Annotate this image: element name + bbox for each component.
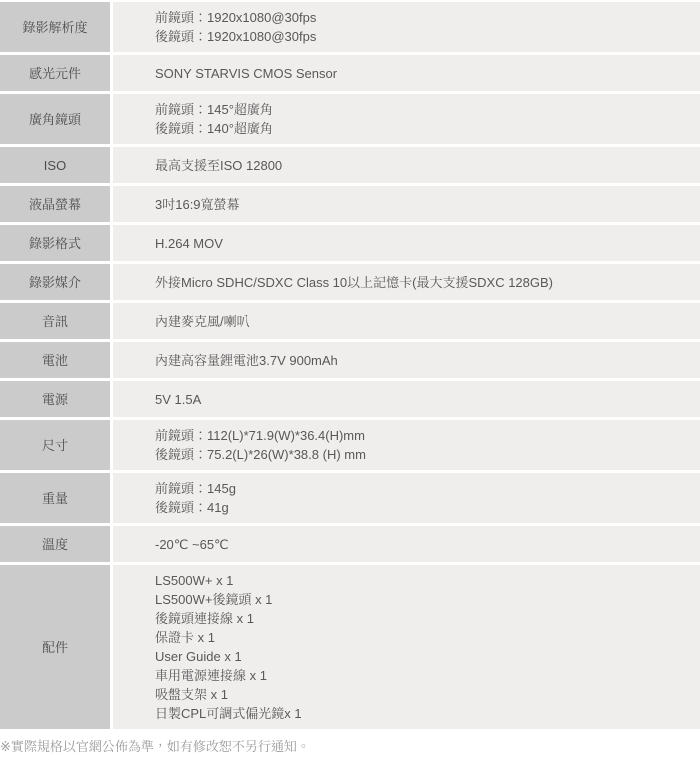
spec-row: 溫度 -20℃ ~65℃ [0, 526, 700, 562]
spec-value-cell: 最高支援至ISO 12800 [113, 147, 700, 183]
spec-value-line: 後鏡頭：1920x1080@30fps [155, 27, 688, 46]
spec-value-line: 5V 1.5A [155, 390, 688, 409]
spec-value-line: 車用電源連接線 x 1 [155, 666, 688, 685]
spec-label: 溫度 [0, 526, 110, 562]
spec-label: 重量 [0, 473, 110, 523]
spec-table: 錄影解析度 前鏡頭：1920x1080@30fps後鏡頭：1920x1080@3… [0, 2, 700, 729]
spec-value-cell: H.264 MOV [113, 225, 700, 261]
spec-label: 錄影解析度 [0, 2, 110, 52]
spec-value-cell: 前鏡頭：1920x1080@30fps後鏡頭：1920x1080@30fps [113, 2, 700, 52]
spec-page: 錄影解析度 前鏡頭：1920x1080@30fps後鏡頭：1920x1080@3… [0, 0, 700, 762]
spec-value-cell: 前鏡頭：112(L)*71.9(W)*36.4(H)mm後鏡頭：75.2(L)*… [113, 420, 700, 470]
spec-row: ISO 最高支援至ISO 12800 [0, 147, 700, 183]
spec-row: 液晶螢幕 3吋16:9寬螢幕 [0, 186, 700, 222]
spec-value-line: 後鏡頭連接線 x 1 [155, 609, 688, 628]
spec-value-cell: 前鏡頭：145°超廣角後鏡頭：140°超廣角 [113, 94, 700, 144]
spec-value-line: 日製CPL可調式偏光鏡x 1 [155, 704, 688, 723]
spec-value-line: 吸盤支架 x 1 [155, 685, 688, 704]
spec-value-cell: SONY STARVIS CMOS Sensor [113, 55, 700, 91]
spec-row: 電源 5V 1.5A [0, 381, 700, 417]
spec-label: 電池 [0, 342, 110, 378]
spec-value-line: 後鏡頭：140°超廣角 [155, 119, 688, 138]
spec-value-line: 後鏡頭：75.2(L)*26(W)*38.8 (H) mm [155, 445, 688, 464]
spec-label: 配件 [0, 565, 110, 729]
spec-row: 錄影媒介 外接Micro SDHC/SDXC Class 10以上記憶卡(最大支… [0, 264, 700, 300]
spec-value-line: 前鏡頭：112(L)*71.9(W)*36.4(H)mm [155, 426, 688, 445]
spec-label: 廣角鏡頭 [0, 94, 110, 144]
footer-note: ※實際規格以官網公佈為準，如有修改恕不另行通知。 [0, 732, 700, 762]
spec-value-cell: 外接Micro SDHC/SDXC Class 10以上記憶卡(最大支援SDXC… [113, 264, 700, 300]
spec-value-line: 前鏡頭：145°超廣角 [155, 100, 688, 119]
spec-row: 錄影格式 H.264 MOV [0, 225, 700, 261]
spec-value-line: H.264 MOV [155, 234, 688, 253]
spec-value-line: 3吋16:9寬螢幕 [155, 195, 688, 214]
spec-label: 尺寸 [0, 420, 110, 470]
spec-row: 重量 前鏡頭：145g後鏡頭：41g [0, 473, 700, 523]
spec-value-line: 後鏡頭：41g [155, 498, 688, 517]
spec-row: 配件 LS500W+ x 1LS500W+後鏡頭 x 1後鏡頭連接線 x 1保證… [0, 565, 700, 729]
spec-value-line: LS500W+ x 1 [155, 571, 688, 590]
spec-value-line: 保證卡 x 1 [155, 628, 688, 647]
spec-label: ISO [0, 147, 110, 183]
spec-label: 錄影格式 [0, 225, 110, 261]
spec-value-cell: LS500W+ x 1LS500W+後鏡頭 x 1後鏡頭連接線 x 1保證卡 x… [113, 565, 700, 729]
spec-label: 電源 [0, 381, 110, 417]
spec-value-line: LS500W+後鏡頭 x 1 [155, 590, 688, 609]
spec-label: 液晶螢幕 [0, 186, 110, 222]
spec-value-line: 前鏡頭：145g [155, 479, 688, 498]
spec-value-line: 外接Micro SDHC/SDXC Class 10以上記憶卡(最大支援SDXC… [155, 273, 688, 292]
spec-value-cell: 前鏡頭：145g後鏡頭：41g [113, 473, 700, 523]
spec-value-line: 最高支援至ISO 12800 [155, 156, 688, 175]
spec-value-line: 內建高容量鋰電池3.7V 900mAh [155, 351, 688, 370]
spec-value-line: 內建麥克風/喇叭 [155, 312, 688, 331]
spec-value-cell: -20℃ ~65℃ [113, 526, 700, 562]
spec-value-line: SONY STARVIS CMOS Sensor [155, 64, 688, 83]
spec-label: 錄影媒介 [0, 264, 110, 300]
spec-row: 廣角鏡頭 前鏡頭：145°超廣角後鏡頭：140°超廣角 [0, 94, 700, 144]
spec-row: 感光元件 SONY STARVIS CMOS Sensor [0, 55, 700, 91]
spec-label: 音訊 [0, 303, 110, 339]
spec-value-cell: 內建麥克風/喇叭 [113, 303, 700, 339]
spec-row: 音訊 內建麥克風/喇叭 [0, 303, 700, 339]
spec-value-cell: 內建高容量鋰電池3.7V 900mAh [113, 342, 700, 378]
spec-value-cell: 5V 1.5A [113, 381, 700, 417]
spec-value-line: 前鏡頭：1920x1080@30fps [155, 8, 688, 27]
spec-label: 感光元件 [0, 55, 110, 91]
spec-value-line: -20℃ ~65℃ [155, 535, 688, 554]
spec-value-line: User Guide x 1 [155, 647, 688, 666]
spec-value-cell: 3吋16:9寬螢幕 [113, 186, 700, 222]
spec-row: 尺寸 前鏡頭：112(L)*71.9(W)*36.4(H)mm後鏡頭：75.2(… [0, 420, 700, 470]
spec-row: 電池 內建高容量鋰電池3.7V 900mAh [0, 342, 700, 378]
spec-row: 錄影解析度 前鏡頭：1920x1080@30fps後鏡頭：1920x1080@3… [0, 2, 700, 52]
